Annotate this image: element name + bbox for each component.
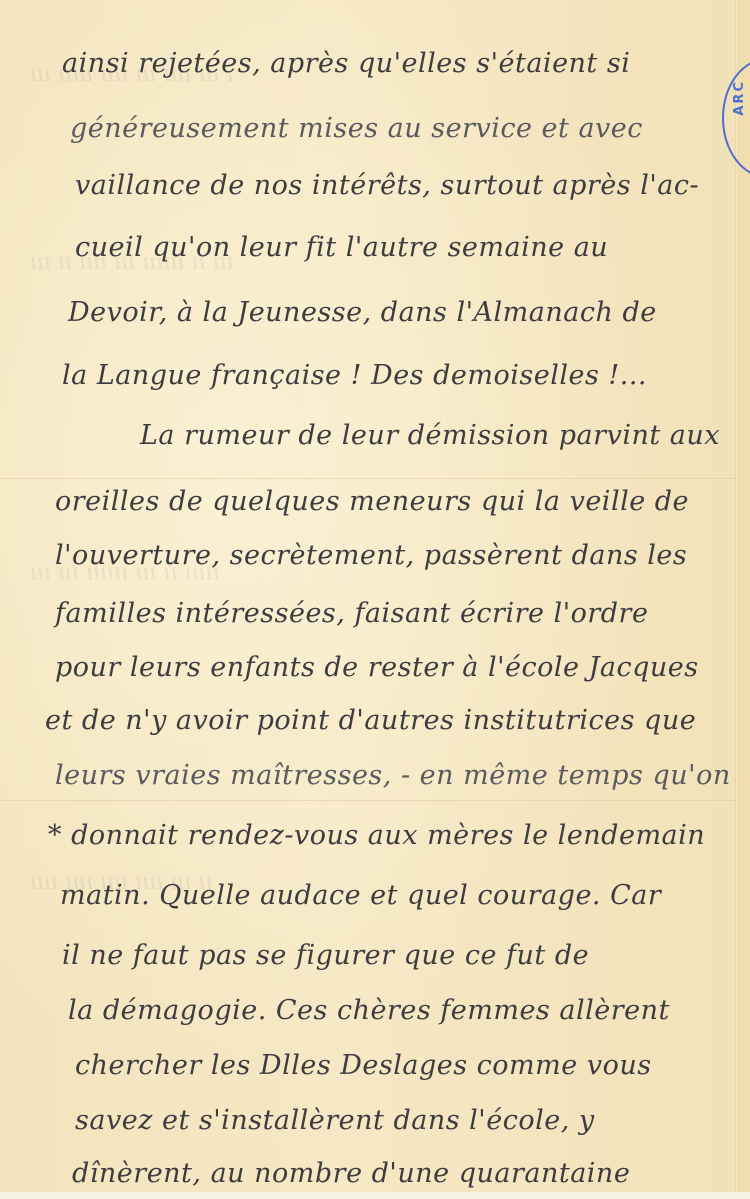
text-line-17: la démagogie. Ces chères femmes allèrent: [68, 995, 670, 1026]
text-line-7-paragraph-start: La rumeur de leur démission parvint aux: [140, 420, 720, 451]
text-line-20: dînèrent, au nombre d'une quarantaine: [72, 1158, 630, 1189]
paper-crease: [0, 800, 735, 801]
text-line-9: l'ouverture, secrètement, passèrent dans…: [55, 540, 687, 571]
text-line-1: ainsi rejetées, après qu'elles s'étaient…: [62, 48, 630, 79]
scan-margin: [0, 1192, 750, 1199]
text-line-18: chercher les Dlles Deslages comme vous: [75, 1050, 652, 1081]
text-line-13: leurs vraies maîtresses, - en même temps…: [55, 760, 731, 791]
page-edge: [737, 0, 750, 1192]
text-line-4: cueil qu'on leur fit l'autre semaine au: [75, 232, 608, 263]
text-line-16: il ne faut pas se figurer que ce fut de: [62, 940, 589, 971]
text-line-5: Devoir, à la Jeunesse, dans l'Almanach d…: [68, 297, 657, 328]
paper-crease: [0, 478, 735, 479]
text-line-11: pour leurs enfants de rester à l'école J…: [55, 652, 699, 683]
text-line-19: savez et s'installèrent dans l'école, y: [75, 1105, 595, 1136]
archive-stamp-text: ARC: [732, 80, 747, 116]
text-line-6: la Langue française ! Des demoiselles !.…: [62, 360, 647, 391]
text-line-8: oreilles de quelques meneurs qui la veil…: [55, 486, 689, 517]
text-line-12: et de n'y avoir point d'autres institutr…: [45, 705, 696, 736]
text-line-15: matin. Quelle audace et quel courage. Ca…: [60, 880, 661, 911]
text-line-10: familles intéressées, faisant écrire l'o…: [55, 598, 648, 629]
text-line-3: vaillance de nos intérêts, surtout après…: [75, 170, 699, 201]
text-line-2: généreusement mises au service et avec: [70, 113, 643, 144]
text-line-14: * donnait rendez-vous aux mères le lende…: [48, 820, 705, 851]
